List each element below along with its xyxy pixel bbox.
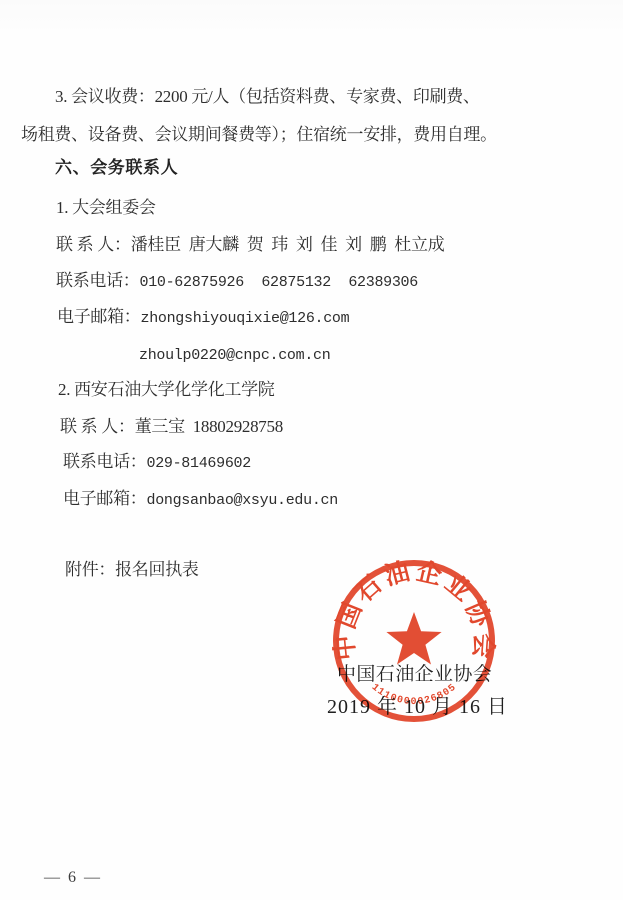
fee-paragraph-line2: 场租费、设备费、会议期间餐费等）；住宿统一安排，费用自理。 [21, 122, 497, 148]
seal-star-icon [386, 612, 441, 665]
group2-email-line: 电子邮箱：dongsanbao@xsyu.edu.cn [63, 486, 338, 514]
group2-phone-label: 联系电话： [63, 452, 147, 471]
group1-contacts-label: 联 系 人： [56, 235, 131, 254]
scanned-notice-page: 3. 会议收费：2200 元/人（包括资料费、专家费、印刷费、 场租费、设备费、… [0, 0, 623, 900]
group1-email-address-1: zhongshiyouqixie@126.com [141, 310, 350, 327]
group2-phone-number: 029-81469602 [147, 455, 251, 472]
group2-title: 2. 西安石油大学化学化工学院 [58, 377, 275, 403]
group1-email-address-2: zhoulp0220@cnpc.com.cn [139, 347, 330, 364]
group1-email-label: 电子邮箱： [57, 307, 141, 326]
attachment-line: 附件：报名回执表 [65, 557, 199, 583]
group1-email-line1: 电子邮箱：zhongshiyouqixie@126.com [57, 304, 349, 332]
group1-phone-label: 联系电话： [56, 271, 140, 290]
group2-email-address: dongsanbao@xsyu.edu.cn [147, 492, 338, 509]
page-number: — 6 — [44, 869, 102, 887]
seal-registration-code: 1110000026805 [369, 682, 458, 708]
group1-contacts-line: 联 系 人：潘桂臣 唐大麟 贺 玮 刘 佳 刘 鹏 杜立成 [56, 232, 444, 258]
official-seal: 中国石油企业协会 1110000026805 [324, 551, 508, 735]
group2-email-label: 电子邮箱： [63, 489, 147, 508]
group1-title: 1. 大会组委会 [56, 195, 156, 221]
group1-email-line2: zhoulp0220@cnpc.com.cn [139, 341, 330, 369]
group2-phone-line: 联系电话：029-81469602 [63, 449, 251, 477]
group1-phone-numbers: 010-62875926 62875132 62389306 [140, 274, 418, 291]
group2-contacts-line: 联 系 人：董三宝 18802928758 [60, 414, 283, 440]
section-heading-contacts: 六、会务联系人 [55, 155, 178, 181]
group1-contacts-names: 潘桂臣 唐大麟 贺 玮 刘 佳 刘 鹏 杜立成 [131, 235, 445, 254]
group2-contact-name-and-mobile: 董三宝 18802928758 [135, 417, 283, 436]
group2-contacts-label: 联 系 人： [60, 417, 135, 436]
fee-paragraph-line1: 3. 会议收费：2200 元/人（包括资料费、专家费、印刷费、 [55, 84, 480, 110]
group1-phone-line: 联系电话：010-62875926 62875132 62389306 [56, 268, 418, 296]
